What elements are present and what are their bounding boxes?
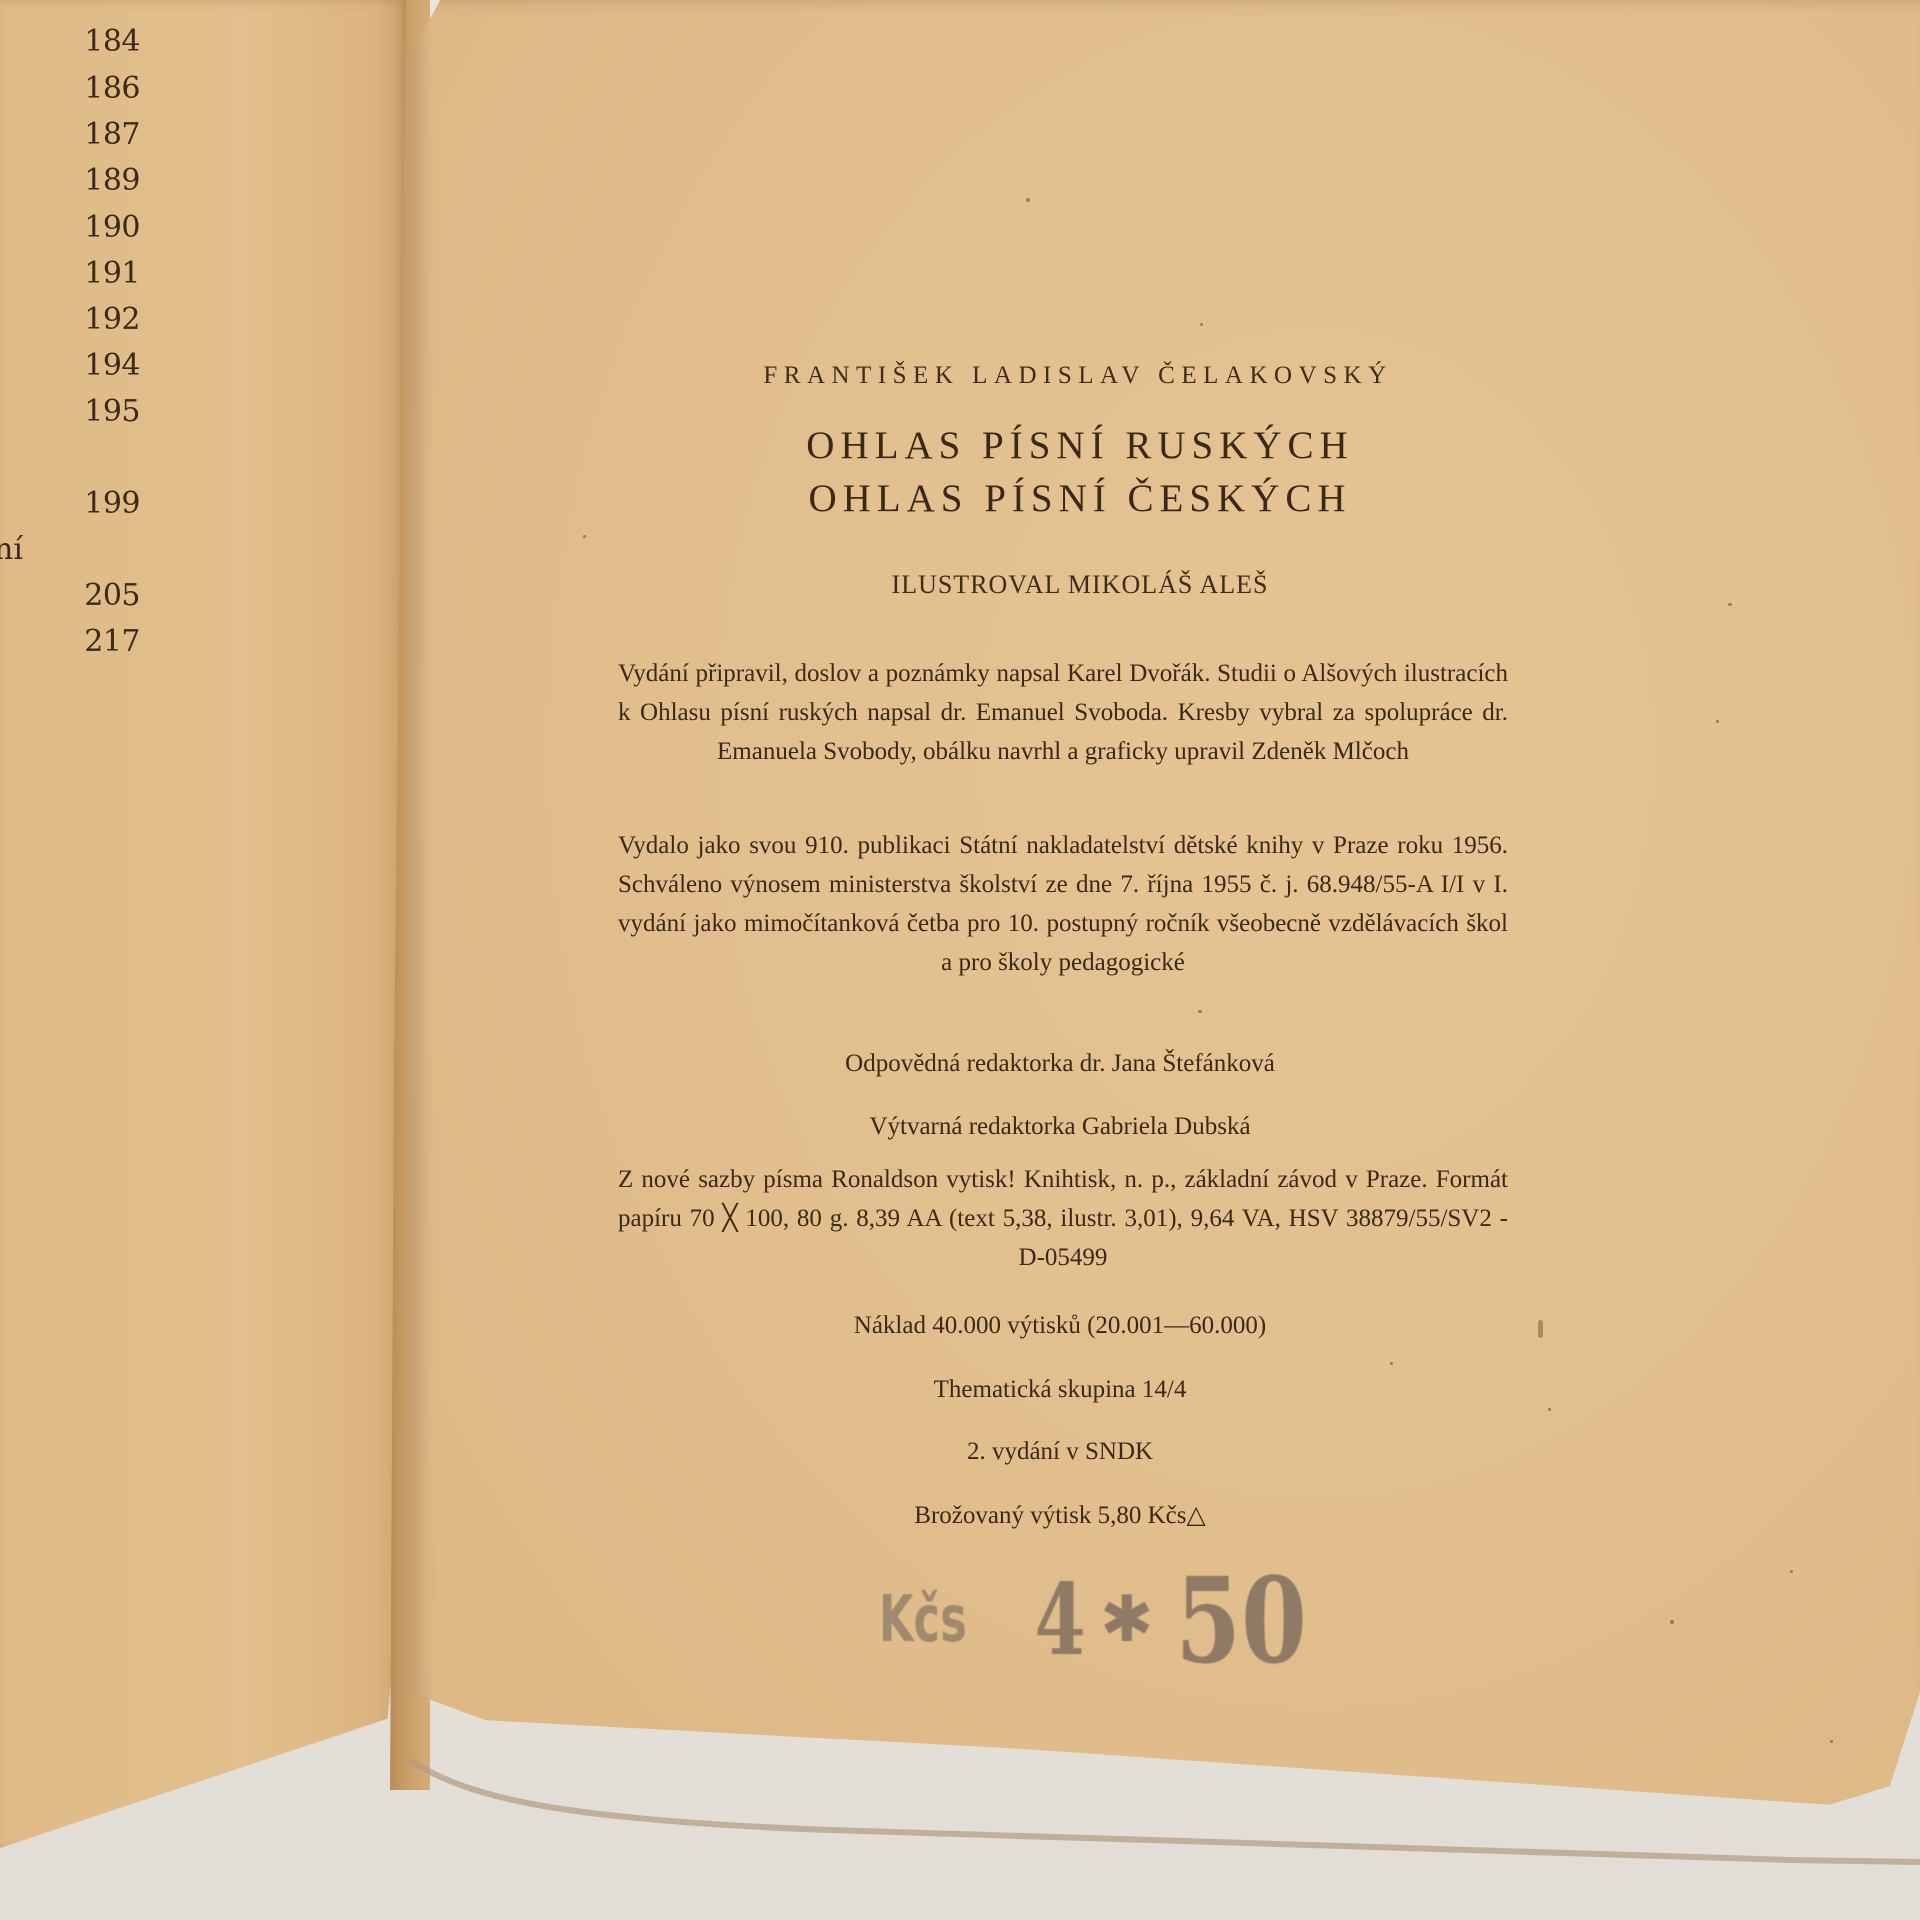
colophon-page: FRANTIŠEK LADISLAV ČELAKOVSKÝ OHLAS PÍSN…	[410, 0, 1920, 1880]
paper-speck	[583, 535, 586, 538]
paper-speck	[1790, 1570, 1793, 1573]
star-icon: ✱	[1100, 1583, 1154, 1657]
printing-paragraph: Z nové sazby písma Ronaldson vytisk! Kni…	[618, 1160, 1508, 1277]
stamp-amount-decimal: 50	[1176, 1551, 1307, 1690]
page-number: 199	[84, 486, 140, 521]
art-editor: Výtvarná redaktorka Gabriela Dubská	[610, 1113, 1510, 1141]
price-stamp: Kčs 4 ✱ 50	[860, 1545, 1324, 1695]
thematic-group: Thematická skupina 14/4	[610, 1376, 1510, 1404]
edition-note: 2. vydání v SNDK	[610, 1438, 1510, 1466]
page-number: 192	[84, 302, 140, 337]
publisher-paragraph: Vydalo jako svou 910. publikaci Státní n…	[618, 826, 1508, 982]
paper-speck	[1716, 720, 1719, 723]
printed-price: Brožovaný výtisk 5,80 Kčs△	[610, 1500, 1510, 1530]
paper-speck	[1830, 1740, 1833, 1743]
book-spread-photo: 184 186 187 189 190 191 192 194 195 199 …	[0, 0, 1920, 1920]
paper-speck	[1200, 323, 1203, 326]
illustrator-credit: ILUSTROVAL MIKOLÁŠ ALEŠ	[710, 570, 1450, 600]
page-number: 194	[84, 348, 140, 383]
paper-speck	[1728, 603, 1732, 606]
page-number: 187	[84, 117, 140, 152]
responsible-editor: Odpovědná redaktorka dr. Jana Štefánková	[610, 1050, 1510, 1078]
page-number: 205	[84, 578, 140, 613]
left-page: 184 186 187 189 190 191 192 194 195 199 …	[0, 0, 408, 1848]
paper-speck	[1390, 1362, 1393, 1365]
stamp-currency: Kčs	[879, 1583, 967, 1657]
book-title-line-1: OHLAS PÍSNÍ RUSKÝCH	[720, 423, 1440, 468]
author-name: FRANTIŠEK LADISLAV ČELAKOVSKÝ	[698, 362, 1458, 390]
paper-speck	[1198, 1010, 1202, 1013]
book-title-line-2: OHLAS PÍSNÍ ČESKÝCH	[720, 476, 1440, 521]
paper-speck	[1026, 198, 1030, 202]
cut-off-text-fragment: ní	[0, 532, 23, 567]
credits-paragraph: Vydání připravil, doslov a poznámky naps…	[618, 654, 1508, 771]
print-run: Náklad 40.000 výtisků (20.001—60.000)	[610, 1312, 1510, 1340]
page-number: 190	[84, 210, 140, 245]
page-number: 195	[84, 394, 140, 429]
page-number: 186	[84, 71, 140, 106]
paper-speck	[1548, 1408, 1551, 1411]
paper-speck	[1670, 1620, 1674, 1624]
right-page: FRANTIŠEK LADISLAV ČELAKOVSKÝ OHLAS PÍSN…	[410, 0, 1920, 1880]
page-number: 217	[84, 624, 140, 659]
page-number: 184	[84, 24, 140, 59]
paper-stain	[1538, 1320, 1543, 1338]
stamp-amount-integer: 4	[1034, 1563, 1085, 1678]
page-number: 191	[84, 256, 140, 291]
page-number: 189	[84, 163, 140, 198]
